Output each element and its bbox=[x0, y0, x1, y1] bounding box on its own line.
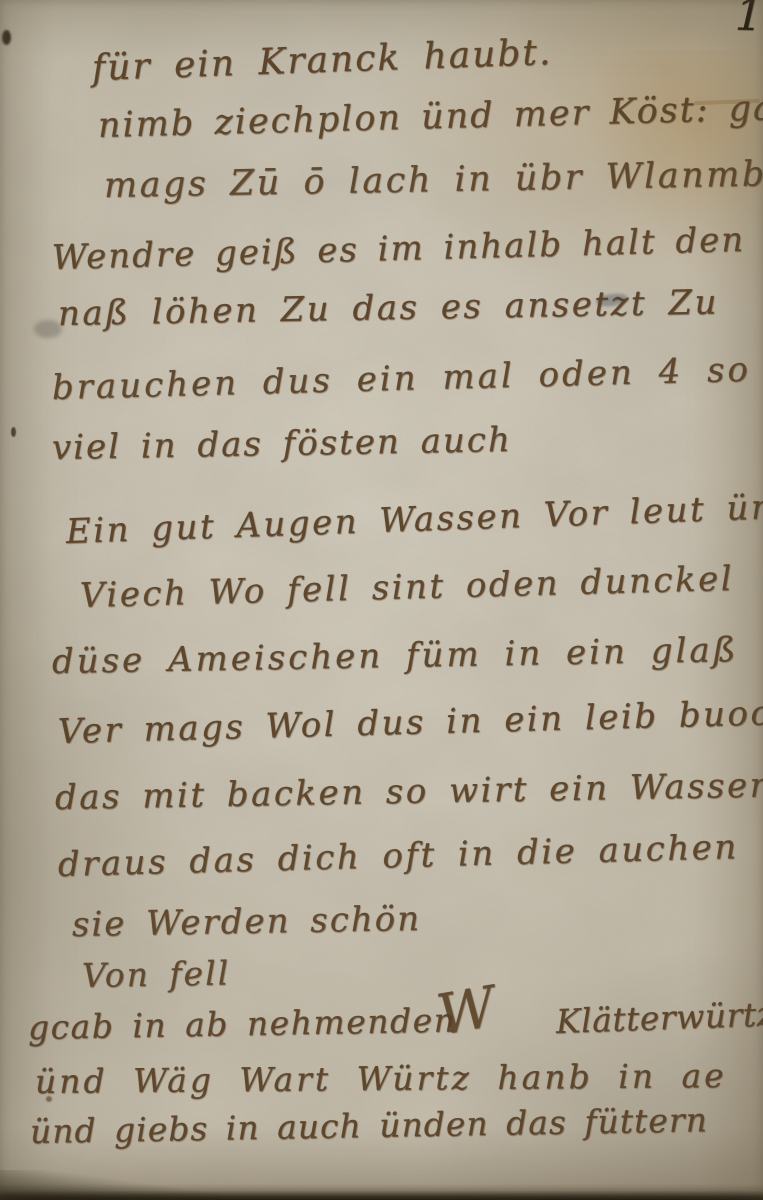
handwriting-layer: für ein Kranck haubt.nimb ziechplon ünd … bbox=[0, 0, 763, 1200]
manuscript-line: sie Werden schön bbox=[72, 899, 422, 945]
manuscript-line: Wendre geiß es im inhalb halt den bbox=[51, 220, 745, 278]
manuscript-line: Ein gut Augen Wassen Vor leut ünd bbox=[65, 486, 763, 552]
manuscript-line: brauchen dus ein mal oden 4 so bbox=[51, 350, 751, 408]
manuscript-line: viel in das fösten auch bbox=[52, 420, 512, 468]
manuscript-line: Von fell bbox=[82, 953, 231, 995]
manuscript-line: ünd giebs in auch ünden das füttern bbox=[30, 1100, 709, 1151]
manuscript-line: für ein Kranck haubt. bbox=[91, 32, 553, 89]
manuscript-line: gcab in ab nehmenden bbox=[28, 1001, 457, 1047]
manuscript-line: das mit backen so wirt ein Wassen bbox=[55, 765, 763, 818]
manuscript-line: Klätterwürtz bbox=[555, 994, 763, 1041]
flourish-mark: W bbox=[432, 974, 500, 1048]
manuscript-line: Viech Wo fell sint oden dunckel bbox=[79, 559, 734, 616]
manuscript-line: mags Zū ō lach in übr Wlanmb bbox=[104, 154, 763, 206]
page-number: 1 bbox=[734, 0, 763, 41]
manuscript-line: draus das dich oft in die auchen bbox=[57, 827, 739, 885]
manuscript-line: ünd Wäg Wart Würtz hanb in ae bbox=[35, 1056, 727, 1101]
manuscript-page: für ein Kranck haubt.nimb ziechplon ünd … bbox=[0, 0, 763, 1200]
manuscript-line: nimb ziechplon ünd mer Köst: gad bbox=[97, 88, 763, 146]
manuscript-line: Ver mags Wol dus in ein leib buoch bbox=[57, 693, 763, 752]
manuscript-line: naß löhen Zu das es ansetzt Zu bbox=[58, 282, 720, 334]
manuscript-line: düse Ameischen füm in ein glaß bbox=[52, 630, 739, 682]
page-bottom-edge bbox=[0, 1184, 763, 1200]
